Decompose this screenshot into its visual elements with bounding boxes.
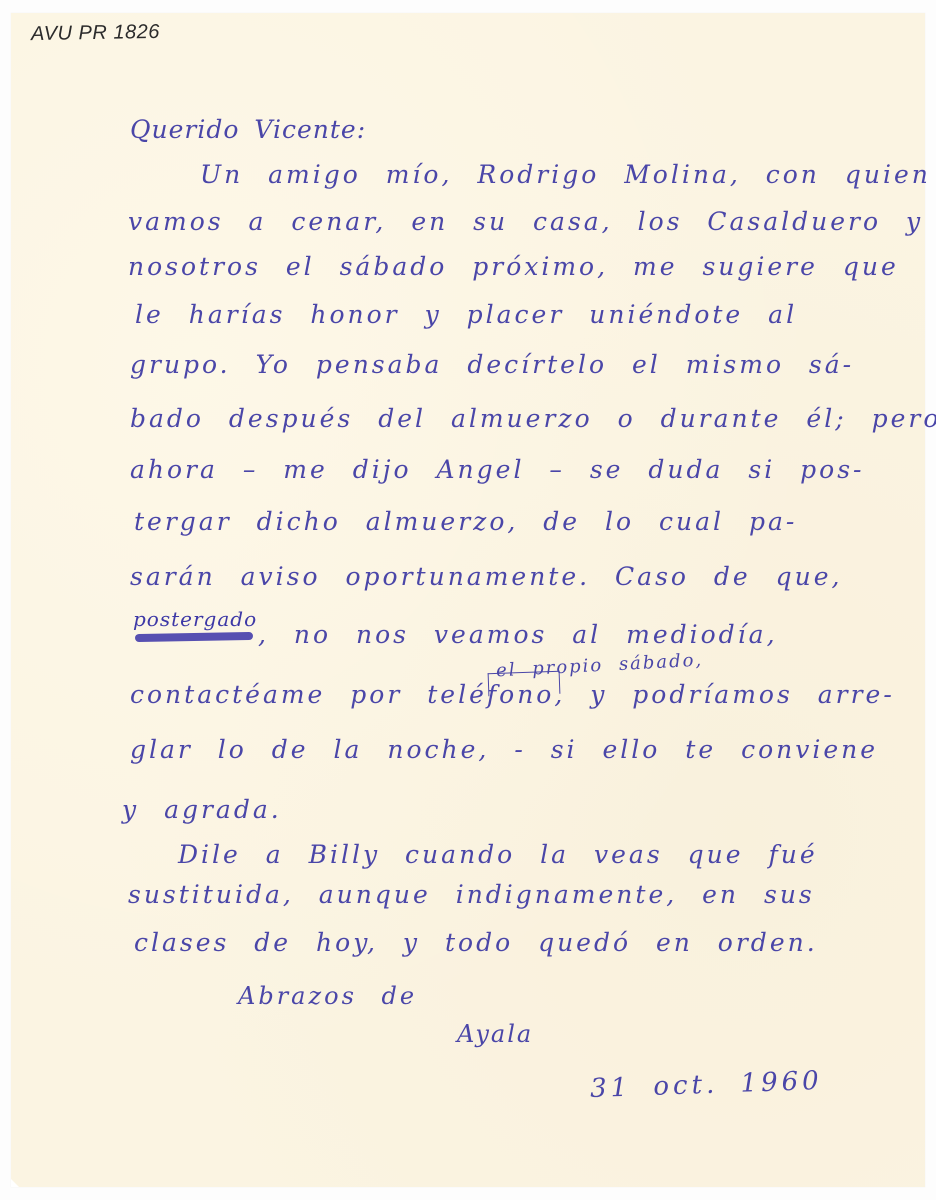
body-line: Dile a Billy cuando la veas que fué (178, 840, 818, 869)
body-line: nosotros el sábado próximo, me sugiere q… (128, 252, 899, 281)
signature: Ayala (457, 1020, 533, 1048)
body-line: y agrada. (122, 795, 282, 824)
body-line: Un amigo mío, Rodrigo Molina, con quien (200, 160, 931, 189)
body-line: vamos a cenar, en su casa, los Casalduer… (128, 207, 923, 236)
body-line: bado después del almuerzo o durante él; … (130, 404, 936, 433)
body-line: ahora – me dijo Angel – se duda si pos- (130, 455, 864, 484)
body-line: sarán aviso oportunamente. Caso de que, (130, 562, 843, 591)
folded-corner (11, 1179, 19, 1187)
body-line: grupo. Yo pensaba decírtelo el mismo sá- (130, 350, 854, 379)
closing: Abrazos de (238, 982, 417, 1010)
archive-reference: AVU PR 1826 (31, 21, 160, 46)
body-line: , no nos veamos al mediodía, (258, 620, 778, 649)
salutation: Querido Vicente: (130, 115, 366, 144)
body-line: contactéame por teléfono, y podríamos ar… (130, 680, 895, 709)
letter-page (11, 13, 925, 1187)
body-line: le harías honor y placer uniéndote al (135, 300, 797, 329)
body-line: clases de hoy, y todo quedó en orden. (134, 928, 818, 957)
body-line: tergar dicho almuerzo, de lo cual pa- (134, 507, 797, 536)
body-line: glar lo de la noche, - si ello te convie… (130, 735, 878, 764)
inserted-correction: postergado (133, 607, 257, 631)
body-line: sustituida, aunque indignamente, en sus (128, 880, 815, 909)
